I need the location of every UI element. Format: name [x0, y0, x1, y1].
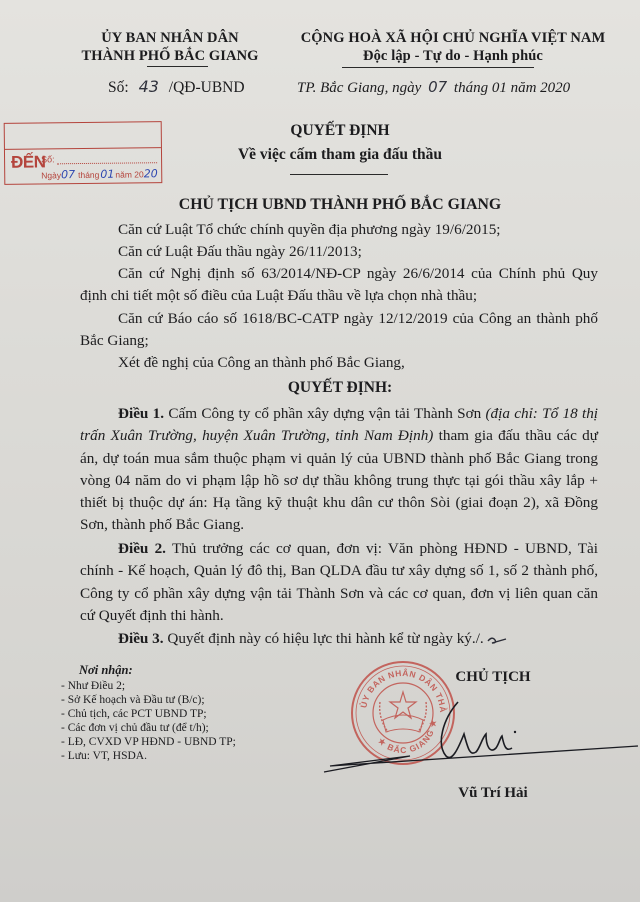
decision-heading: QUYẾT ĐỊNH: — [250, 379, 430, 397]
issuer-underline — [147, 66, 208, 67]
stamp-year: 20 — [144, 167, 158, 180]
article-3-text: Quyết định này có hiệu lực thi hành kể t… — [167, 630, 483, 647]
stamp-day-label: Ngày — [41, 170, 61, 180]
article-2: Điều 2. Thủ trưởng các cơ quan, đơn vị: … — [80, 538, 598, 627]
received-stamp: ĐẾN Số: Ngày07tháng01năm 2020 — [4, 121, 163, 185]
issuer-line1: ỦY BAN NHÂN DÂN — [70, 29, 270, 47]
national-name: CỘNG HOÀ XÃ HỘI CHỦ NGHĨA VIỆT NAM — [283, 29, 623, 47]
issuer-line2: THÀNH PHỐ BẮC GIANG — [70, 47, 270, 65]
stamp-top-box — [5, 122, 161, 150]
signatory-name: Vũ Trí Hải — [418, 785, 568, 802]
issuer-block: ỦY BAN NHÂN DÂN THÀNH PHỐ BẮC GIANG — [70, 29, 270, 65]
stamp-month: 01 — [100, 168, 114, 181]
handwritten-signature-icon — [318, 694, 640, 774]
place-date: TP. Bắc Giang, ngày 07 tháng 01 năm 2020 — [297, 78, 570, 97]
legal-basis-1: Căn cứ Luật Tổ chức chính quyền địa phươ… — [80, 219, 598, 241]
stamp-number-label: Số: — [41, 154, 55, 164]
number-handwritten: 43 — [139, 77, 159, 96]
initial-mark-icon — [486, 635, 508, 645]
legal-basis-3: Căn cứ Nghị định số 63/2014/NĐ-CP ngày 2… — [80, 263, 598, 308]
date-day-handwritten: 07 — [428, 78, 447, 96]
recipient-item: - Sở Kế hoạch và Đầu tư (B/c); — [61, 694, 205, 708]
recipients-heading: Nơi nhận: — [79, 664, 133, 678]
subject-underline — [290, 174, 388, 175]
motto-underline — [342, 67, 534, 68]
recipient-item: - Chủ tịch, các PCT UBND TP; — [61, 708, 207, 722]
recipient-item: - LĐ, CVXD VP HĐND - UBND TP; — [61, 736, 236, 750]
article-1: Điều 1. Cấm Công ty cổ phần xây dựng vận… — [80, 403, 598, 537]
document-subject: Về việc cấm tham gia đấu thầu — [180, 146, 500, 164]
article-2-label: Điều 2. — [118, 540, 166, 557]
stamp-date: Ngày07tháng01năm 2020 — [41, 167, 158, 181]
article-3: Điều 3. Quyết định này có hiệu lực thi h… — [80, 628, 598, 650]
recipient-item: - Lưu: VT, HSDA. — [61, 750, 147, 764]
recipient-item: - Như Điều 2; — [61, 680, 125, 694]
legal-basis-5: Xét đề nghị của Công an thành phố Bắc Gi… — [80, 352, 598, 374]
article-1-text-before: Cấm Công ty cổ phần xây dựng vận tải Thà… — [168, 405, 481, 422]
number-suffix: /QĐ-UBND — [169, 79, 245, 96]
stamp-number-dots — [57, 162, 157, 164]
date-suffix: tháng 01 năm 2020 — [454, 80, 570, 96]
issuing-authority: CHỦ TỊCH UBND THÀNH PHỐ BẮC GIANG — [120, 196, 560, 214]
national-motto: Độc lập - Tự do - Hạnh phúc — [283, 47, 623, 65]
article-1-label: Điều 1. — [118, 405, 164, 422]
document-title: QUYẾT ĐỊNH — [200, 122, 480, 140]
legal-basis-4: Căn cứ Báo cáo số 1618/BC-CATP ngày 12/1… — [80, 308, 598, 353]
document-number: Số: 43 /QĐ-UBND — [108, 78, 245, 97]
stamp-month-label: tháng — [78, 170, 99, 180]
stamp-year-label: năm 20 — [115, 169, 143, 179]
stamp-day: 07 — [61, 168, 75, 181]
signatory-title: CHỦ TỊCH — [418, 669, 568, 686]
recipient-item: - Các đơn vị chủ đầu tư (để t/h); — [61, 722, 209, 736]
legal-basis-2: Căn cứ Luật Đấu thầu ngày 26/11/2013; — [80, 241, 598, 263]
article-3-label: Điều 3. — [118, 630, 164, 647]
number-prefix: Số: — [108, 79, 129, 96]
date-prefix: TP. Bắc Giang, ngày — [297, 80, 421, 96]
national-header: CỘNG HOÀ XÃ HỘI CHỦ NGHĨA VIỆT NAM Độc l… — [283, 29, 623, 65]
